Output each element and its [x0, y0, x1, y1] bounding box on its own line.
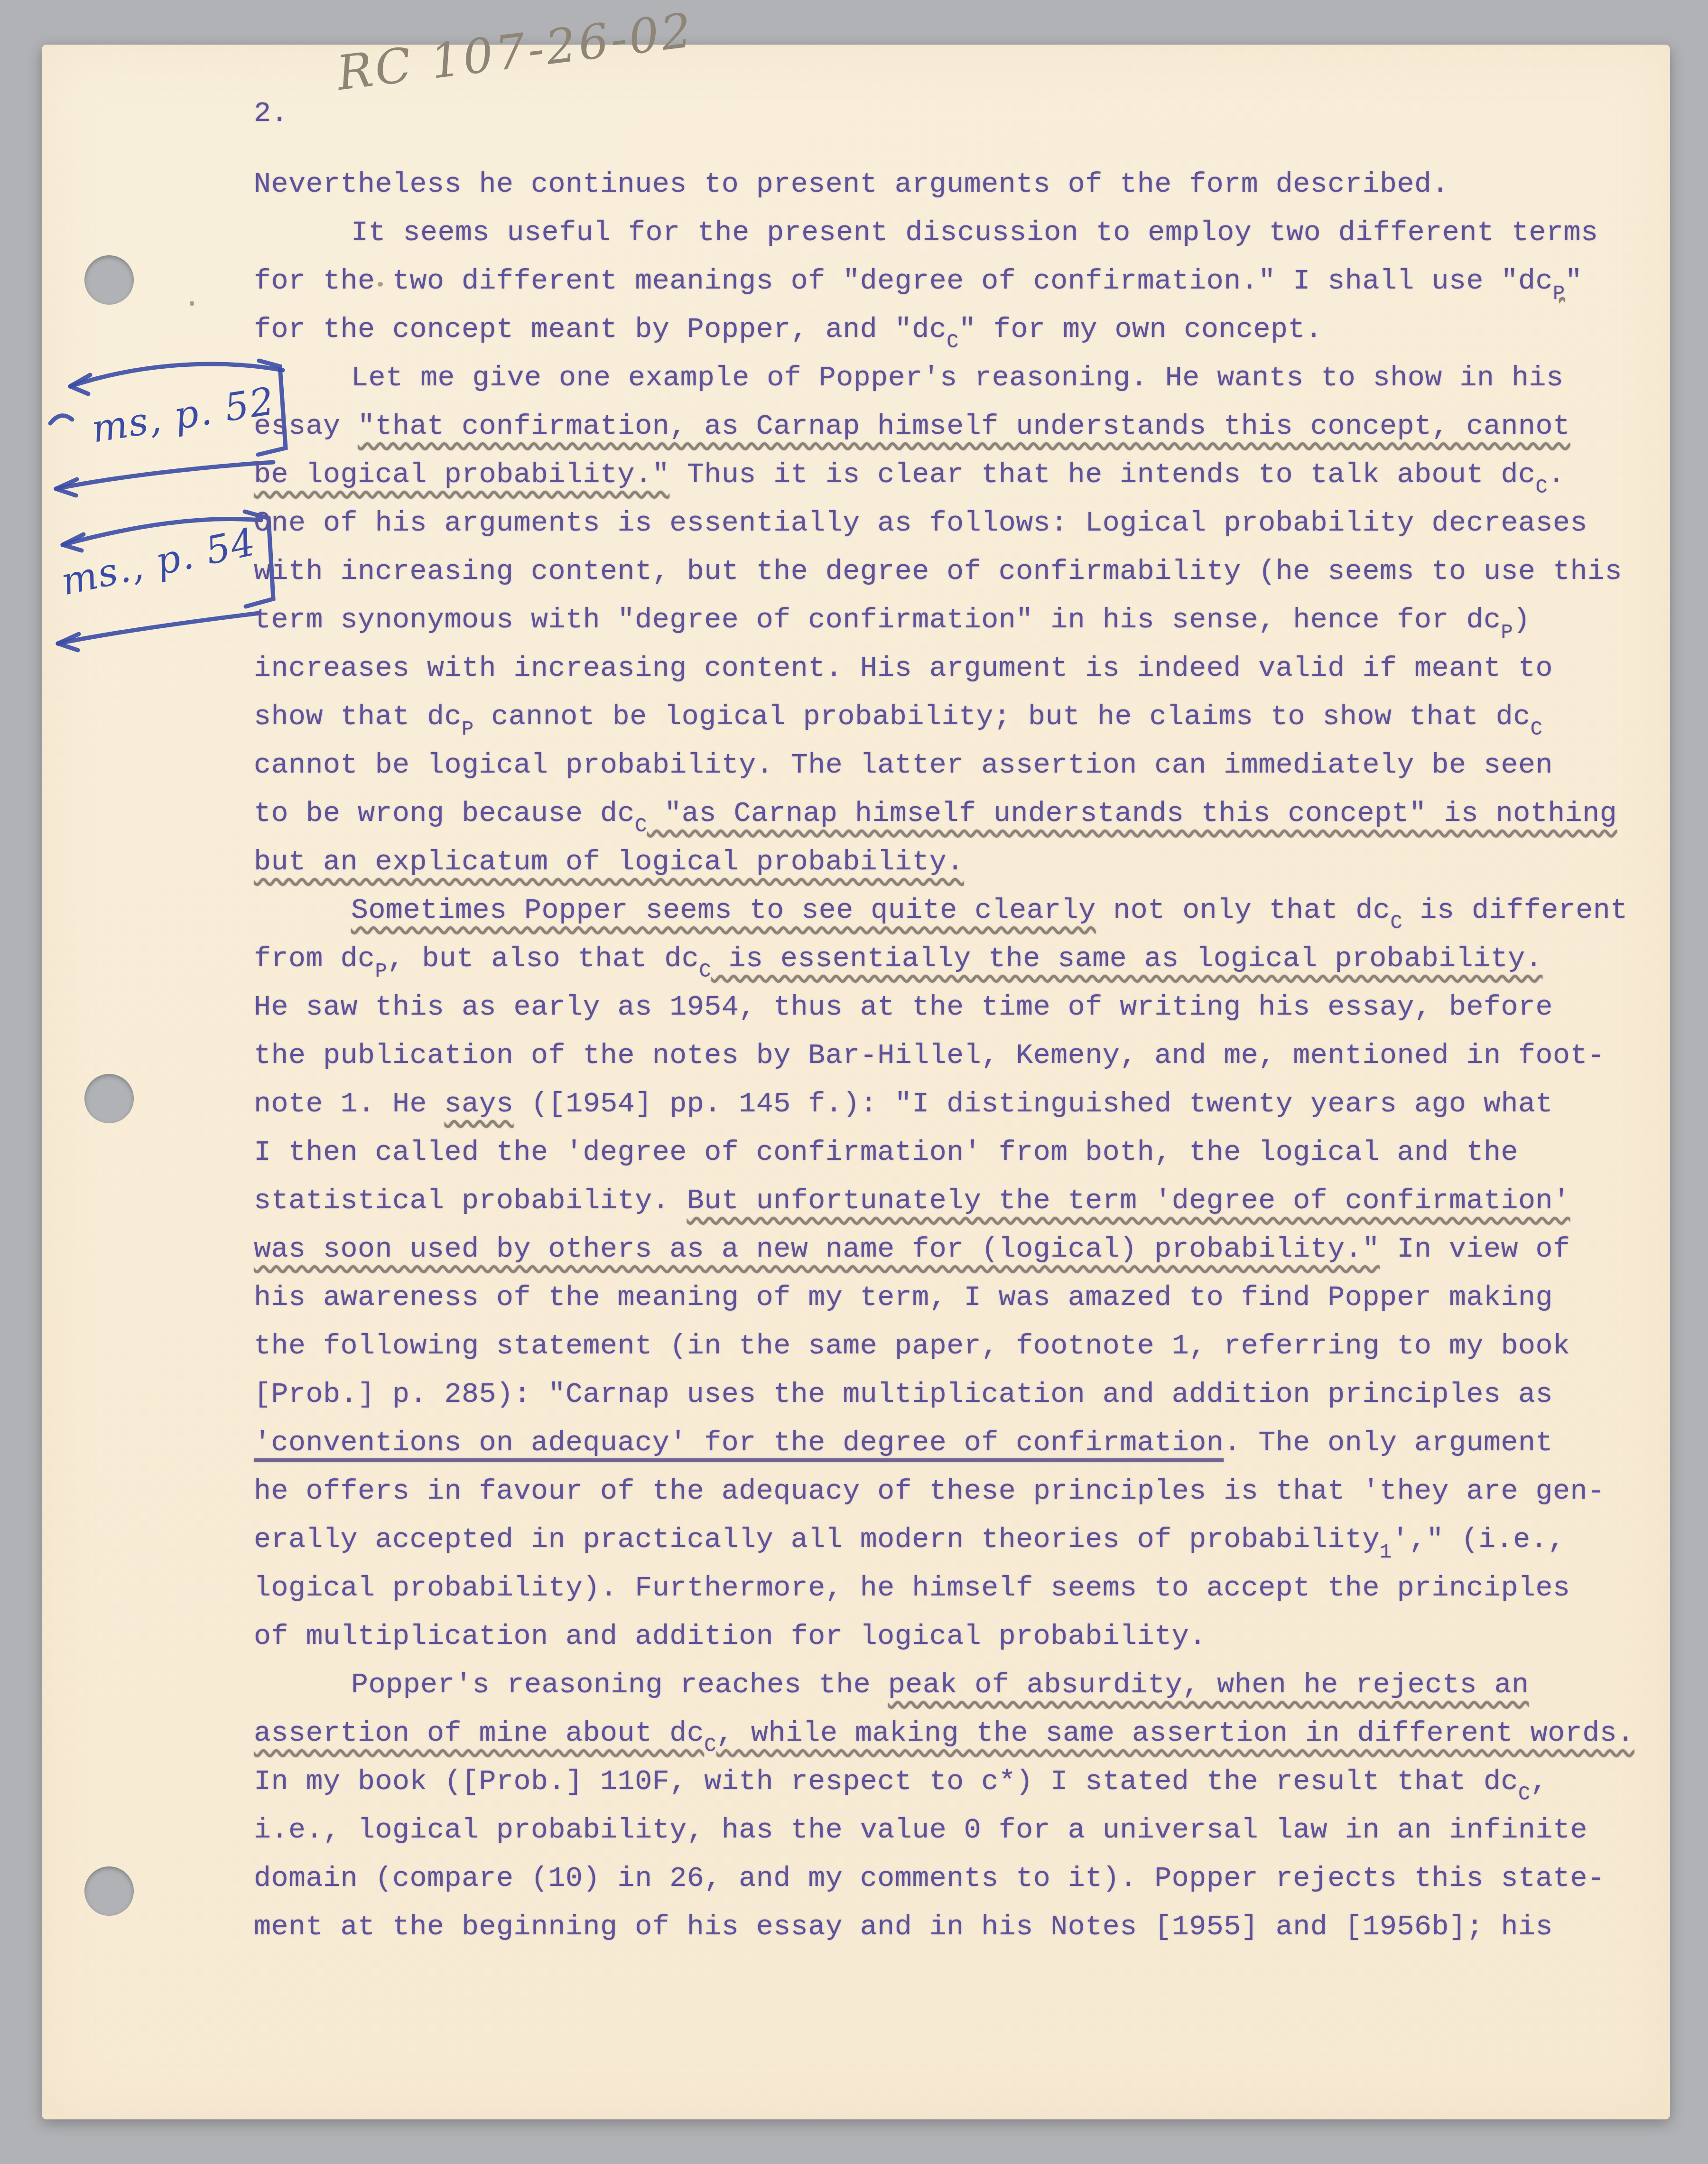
page-number: 2. — [254, 98, 288, 130]
subscript: C — [1531, 718, 1543, 741]
scanned-document-page: { "page": { "rc_label": "RC 107-26-02", … — [0, 0, 1708, 2164]
typed-line: Popper's reasoning reaches the peak of a… — [254, 1661, 1634, 1709]
typed-line: for the concept meant by Popper, and "dc… — [254, 306, 1634, 354]
underlined-phrase: 'conventions on adequacy' for the degree… — [254, 1427, 1224, 1459]
subscript: C — [1535, 476, 1548, 499]
pencil-underlined-phrase: Sometimes Popper seems to see quite clea… — [351, 895, 1096, 927]
pencil-underlined-phrase: C "as Carnap himself understands this co… — [635, 798, 1617, 830]
typed-line: the following statement (in the same pap… — [254, 1322, 1634, 1371]
typed-line: In my book ([Prob.] 110F, with respect t… — [254, 1758, 1634, 1806]
margin-note-ms-p54: ms., p. 54 — [33, 498, 289, 662]
pencil-underlined-phrase: peak of absurdity, when he rejects an — [888, 1669, 1529, 1701]
typed-line: [Prob.] p. 285): "Carnap uses the multip… — [254, 1371, 1634, 1419]
subscript: C — [1518, 1783, 1531, 1806]
punch-hole-bottom — [84, 1866, 134, 1916]
pencil-underlined-phrase: But unfortunately the term 'degree of co… — [687, 1185, 1570, 1217]
typed-line: erally accepted in practically all moder… — [254, 1516, 1634, 1564]
typed-line: from dcP, but also that dcC is essential… — [254, 935, 1634, 983]
pencil-underlined-phrase: be logical probability." — [254, 459, 669, 491]
typed-line: the publication of the notes by Bar-Hill… — [254, 1032, 1634, 1080]
typed-line: for the two different meanings of "degre… — [254, 257, 1634, 306]
typed-line: It seems useful for the present discussi… — [254, 209, 1634, 257]
punch-hole-middle — [84, 1074, 134, 1123]
pencil-underlined-phrase: P — [1553, 265, 1565, 298]
typed-line: but an explicatum of logical probability… — [254, 838, 1634, 886]
subscript: P — [1501, 621, 1513, 644]
subscript: C — [635, 815, 647, 838]
pencil-underlined-phrase: assertion of mine about dcC, while makin… — [254, 1717, 1634, 1750]
typed-line: cannot be logical probability. The latte… — [254, 741, 1634, 790]
typed-line: term synonymous with "degree of confirma… — [254, 596, 1634, 644]
typed-line: his awareness of the meaning of my term,… — [254, 1274, 1634, 1322]
margin-note-text: ms., p. 54 — [57, 520, 260, 604]
typed-line: with increasing content, but the degree … — [254, 548, 1634, 596]
typed-line: show that dcP cannot be logical probabil… — [254, 693, 1634, 741]
pencil-underlined-phrase: C is essentially the same as logical pro… — [699, 943, 1542, 975]
pencil-underlined-phrase: was soon used by others as a new name fo… — [254, 1233, 1380, 1266]
typed-line: be logical probability." Thus it is clea… — [254, 451, 1634, 499]
typed-line: logical probability). Furthermore, he hi… — [254, 1564, 1634, 1613]
subscript: C — [699, 960, 711, 983]
typed-line: 'conventions on adequacy' for the degree… — [254, 1419, 1634, 1467]
typed-line: domain (compare (10) in 26, and my comme… — [254, 1855, 1634, 1903]
margin-note-text: ms, p. 52 — [88, 379, 278, 451]
typed-line: assertion of mine about dcC, while makin… — [254, 1709, 1634, 1758]
typed-line: of multiplication and addition for logic… — [254, 1613, 1634, 1661]
paper-sheet: RC 107-26-02 2. ms, p. 52 ms., p. 54 Nev… — [42, 45, 1670, 2119]
typed-line: essay "that confirmation, as Carnap hims… — [254, 402, 1634, 451]
typed-line: Sometimes Popper seems to see quite clea… — [254, 886, 1634, 935]
paper-speck — [190, 301, 194, 306]
typed-line: he offers in favour of the adequacy of t… — [254, 1467, 1634, 1516]
typed-line: Let me give one example of Popper's reas… — [254, 354, 1634, 402]
punch-hole-top — [84, 255, 134, 305]
margin-note-tilde — [50, 416, 72, 423]
typed-text-block: Nevertheless he continues to present arg… — [254, 160, 1634, 1951]
typed-line: note 1. He says ([1954] pp. 145 f.): "I … — [254, 1080, 1634, 1129]
pencil-underlined-phrase: says — [445, 1088, 514, 1120]
pencil-underlined-phrase: but an explicatum of logical probability… — [254, 846, 964, 878]
margin-note-bottom-stroke — [56, 462, 273, 489]
subscript: C — [1390, 912, 1402, 934]
typed-line: was soon used by others as a new name fo… — [254, 1225, 1634, 1274]
subscript: P — [375, 960, 388, 983]
typed-line: He saw this as early as 1954, thus at th… — [254, 983, 1634, 1032]
pencil-underlined-phrase: C — [947, 314, 959, 346]
subscript: 1 — [1380, 1541, 1392, 1564]
pencil-underlined-phrase: "that confirmation, as Carnap himself un… — [358, 410, 1570, 443]
typed-line: to be wrong because dcC "as Carnap himse… — [254, 790, 1634, 838]
typed-line: ment at the beginning of his essay and i… — [254, 1903, 1634, 1951]
subscript: C — [704, 1735, 716, 1757]
archive-label-handwritten: RC 107-26-02 — [334, 2, 697, 101]
subscript: P — [462, 718, 474, 741]
margin-note-bottom-stroke — [58, 613, 259, 644]
typed-line: Nevertheless he continues to present arg… — [254, 160, 1634, 209]
typed-line: I then called the 'degree of confirmatio… — [254, 1129, 1634, 1177]
typed-line: statistical probability. But unfortunate… — [254, 1177, 1634, 1225]
subscript: C — [947, 331, 959, 354]
subscript: P — [1553, 282, 1565, 305]
typed-line: increases with increasing content. His a… — [254, 644, 1634, 693]
typed-line: i.e., logical probability, has the value… — [254, 1806, 1634, 1855]
typed-line: One of his arguments is essentially as f… — [254, 499, 1634, 548]
